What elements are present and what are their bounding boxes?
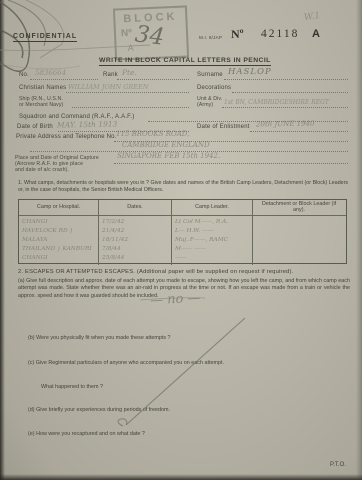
field-ship-label-line2: or Merchant Navy) <box>19 102 63 108</box>
field-rank-value: Pte. <box>122 68 137 77</box>
field-enlistment-label: Date of Enlistment <box>197 124 250 130</box>
field-address-label: Private Address and Telephone No. <box>16 134 117 140</box>
field-unit-line <box>222 106 348 108</box>
camp-entry: CHANGI <box>22 218 95 227</box>
header-camp-leader: Camp Leader. <box>172 200 253 215</box>
leader-entry: —— <box>175 254 249 263</box>
pto-marking: P.T.O. <box>330 462 346 468</box>
stamp-handwritten-number: 34 <box>134 21 166 50</box>
detachment-leader-column-empty <box>253 216 345 265</box>
confidential-marking: CONFIDENTIAL <box>13 33 77 42</box>
question-1-text: 1. What camps, detachments or hospitals … <box>18 180 348 194</box>
field-address-value1: 115 BROOKS ROAD, <box>116 130 189 138</box>
header-camp-or-hospital: Camp or Hospital. <box>19 200 99 215</box>
field-capture-label-line3: and date of a/c crash). <box>15 167 69 173</box>
field-decorations-label: Decorations <box>197 85 231 91</box>
date-entry: 21/4/42 <box>102 227 168 236</box>
field-enlistment-value: 20th JUNE 1940 <box>256 119 315 128</box>
field-dob-label: Date of Birth <box>17 124 53 130</box>
field-enlistment-line <box>250 130 348 132</box>
field-decorations-line <box>232 91 348 93</box>
date-entry: 17/2/42 <box>102 218 168 227</box>
field-unit-value: 1st BN, CAMBRIDGESHIRE REGT <box>224 99 329 106</box>
block-capitals-instruction: WRITE IN BLOCK CAPITAL LETTERS IN PENCIL <box>99 57 271 66</box>
field-address-value2: CAMBRIDGE ENGLAND <box>122 141 210 149</box>
camp-table-body: CHANGI HAVELOCK RD } MALAYA THAILAND } K… <box>19 216 346 265</box>
leader-entry: Lt Col M——, R.A. <box>175 218 249 227</box>
date-entry: 18/11/42 <box>102 236 168 245</box>
camp-table: Camp or Hospital. Dates. Camp Leader. De… <box>18 199 347 264</box>
camp-entry: THAILAND } KANBURI <box>22 245 95 254</box>
serial-suffix: A <box>312 28 320 40</box>
question-2c2-text: What happened to them ? <box>41 384 241 391</box>
question-2b-text: (b) Were you physically fit when you mad… <box>28 335 328 342</box>
camp-entry: HAVELOCK RD } <box>22 227 95 236</box>
field-no-line <box>30 78 98 80</box>
field-surname-value: HASLOP <box>228 67 272 77</box>
camp-entry: CHANGI <box>22 254 95 263</box>
field-capture-line <box>114 162 348 164</box>
question-2a-answer: — no — <box>150 291 201 309</box>
field-squadron-line <box>148 120 348 122</box>
field-surname-label: Surname <box>197 72 223 78</box>
serial-number: 42118 <box>261 28 299 40</box>
field-rank-line <box>117 78 189 80</box>
question-2-heading: 2. ESCAPES OR ATTEMPTED ESCAPES. (Additi… <box>18 269 293 275</box>
leader-column-entries: Lt Col M——, R.A. L— H.W. —— Maj. F——, RA… <box>172 216 253 265</box>
serial-no-label: Nº <box>231 27 244 42</box>
field-christian-names-line <box>66 91 189 93</box>
date-entry: 25/8/44 <box>102 254 168 263</box>
field-capture-value: SINGAPORE FEB 15th 1942. <box>117 152 220 160</box>
field-rank-label: Rank <box>103 72 118 78</box>
leader-entry: L— H.W. —— <box>175 227 249 236</box>
field-no-label: No. <box>19 72 29 78</box>
camp-entry: MALAYA <box>22 236 95 245</box>
stamp-no-word: Nº <box>121 28 132 39</box>
question-2e-text: (e) How were you recaptured and on what … <box>28 431 328 438</box>
camp-table-header-row: Camp or Hospital. Dates. Camp Leader. De… <box>19 200 346 216</box>
header-detachment-leader: Detachment or Block Leader (if any). <box>253 200 345 215</box>
field-christian-names-value: WILLIAM JOHN GREEN <box>68 83 149 91</box>
date-entry: 7/8/44 <box>102 245 168 254</box>
camp-column-entries: CHANGI HAVELOCK RD } MALAYA THAILAND } K… <box>19 216 99 265</box>
question-2d-text: (d) Give briefly your experiences during… <box>28 407 328 414</box>
leader-entry: Maj. F——, RAMC <box>175 236 249 245</box>
question-2c-text: (c) Give Regimental particulars of anyon… <box>28 360 338 367</box>
header-dates: Dates. <box>99 200 172 215</box>
field-dob-value: MAY. 15th 1913 <box>57 119 118 129</box>
field-unit-label-line2: (Army) <box>197 102 213 108</box>
field-ship-line <box>72 106 189 108</box>
field-no-value: 5836664 <box>35 69 66 77</box>
field-christian-names-label: Christian Names <box>19 85 66 91</box>
field-surname-line <box>224 78 348 80</box>
pow-questionnaire-document: CONFIDENTIAL BLOCK Nº A 34 M.I. 9/JAP Nº… <box>0 0 362 480</box>
dates-column-entries: 17/2/42 21/4/42 18/11/42 7/8/44 25/8/44 <box>99 216 172 265</box>
leader-entry: M—— —— <box>175 245 249 254</box>
mi-reference: M.I. 9/JAP <box>199 35 222 40</box>
